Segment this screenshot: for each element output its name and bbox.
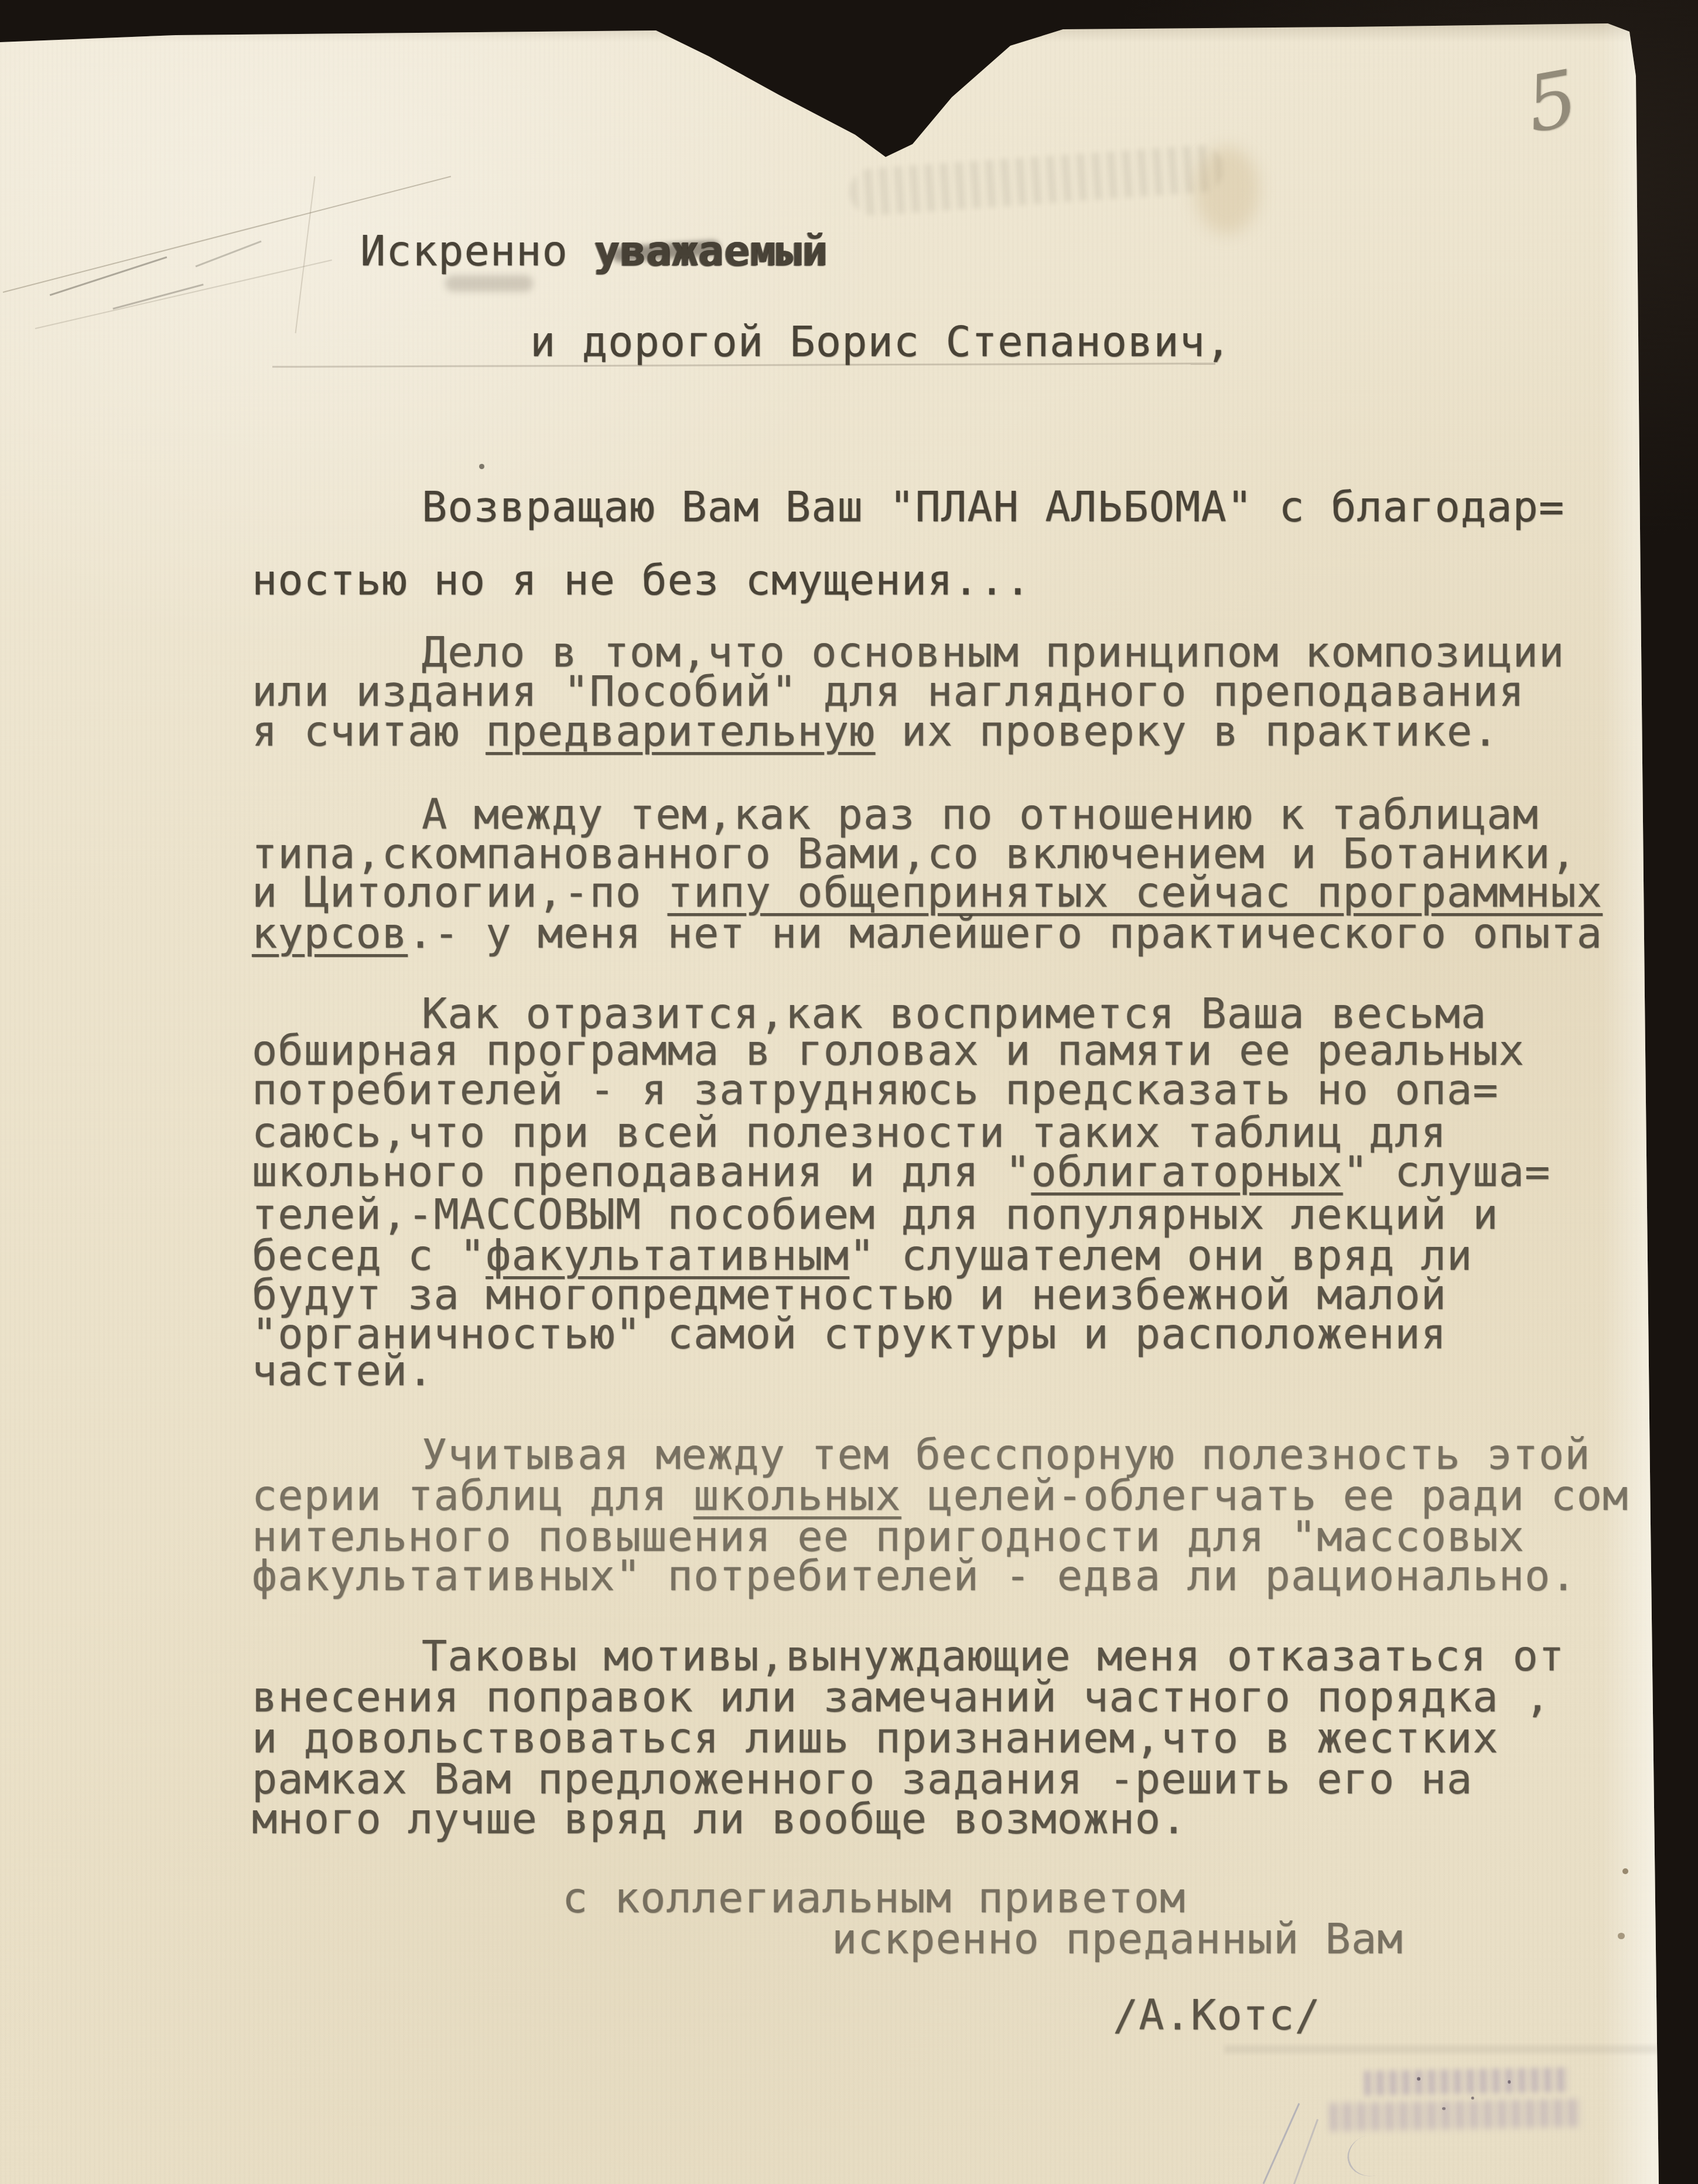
typed-line: я считаю предварительную их проверку в п… — [252, 710, 1499, 754]
paper-sheet: 5 Искренно уважаемый и дорогой Борис Сте… — [0, 0, 1698, 2184]
typed-line: факультативных" потребителей - едва ли р… — [252, 1554, 1577, 1599]
pencil-scribble — [1263, 2103, 1300, 2184]
pencil-scribble — [1342, 2129, 1400, 2181]
archival-stamp — [1329, 2062, 1605, 2152]
scanned-letter-page: 5 Искренно уважаемый и дорогой Борис Сте… — [0, 0, 1698, 2184]
stain — [1195, 146, 1259, 234]
speck — [479, 464, 484, 469]
typed-line-greeting: и дорогой Борис Степанович, — [530, 320, 1231, 365]
pencil-scribble — [1293, 2119, 1318, 2184]
typed-signature: /А.Котс/ — [1113, 1994, 1321, 2038]
typed-line: ностью но я не без смущения... — [252, 559, 1031, 603]
pencil-scribble — [112, 283, 203, 309]
top-edge-shadow — [0, 22, 1698, 42]
ink-splotch — [445, 275, 533, 292]
typed-line: много лучше вряд ли вообще возможно. — [252, 1797, 1187, 1842]
typed-line-closing: искренно преданный Вам — [832, 1918, 1403, 1962]
speck — [1618, 1933, 1625, 1939]
page-number: 5 — [1520, 47, 1617, 154]
pencil-scribble — [50, 257, 168, 296]
typed-line: Возвращаю Вам Ваш "ПЛАН АЛЬБОМА" с благо… — [422, 486, 1564, 530]
scan-streak — [1224, 2045, 1658, 2053]
pencil-scribble — [195, 241, 261, 268]
crease-line — [35, 259, 332, 329]
typed-line: потребителей - я затрудняюсь предсказать… — [252, 1068, 1499, 1113]
typed-line: школьного преподавания и для "облигаторн… — [252, 1150, 1550, 1195]
typed-line-greeting: Искренно уважаемый — [360, 230, 828, 274]
speck — [1622, 1868, 1628, 1874]
typed-line: частей. — [252, 1349, 433, 1394]
vertical-crease — [295, 176, 316, 333]
typed-line: курсов.- у меня нет ни малейшего практич… — [252, 912, 1603, 956]
right-edge-highlight — [1602, 0, 1661, 2184]
ink-ghost-smudge — [848, 144, 1225, 217]
